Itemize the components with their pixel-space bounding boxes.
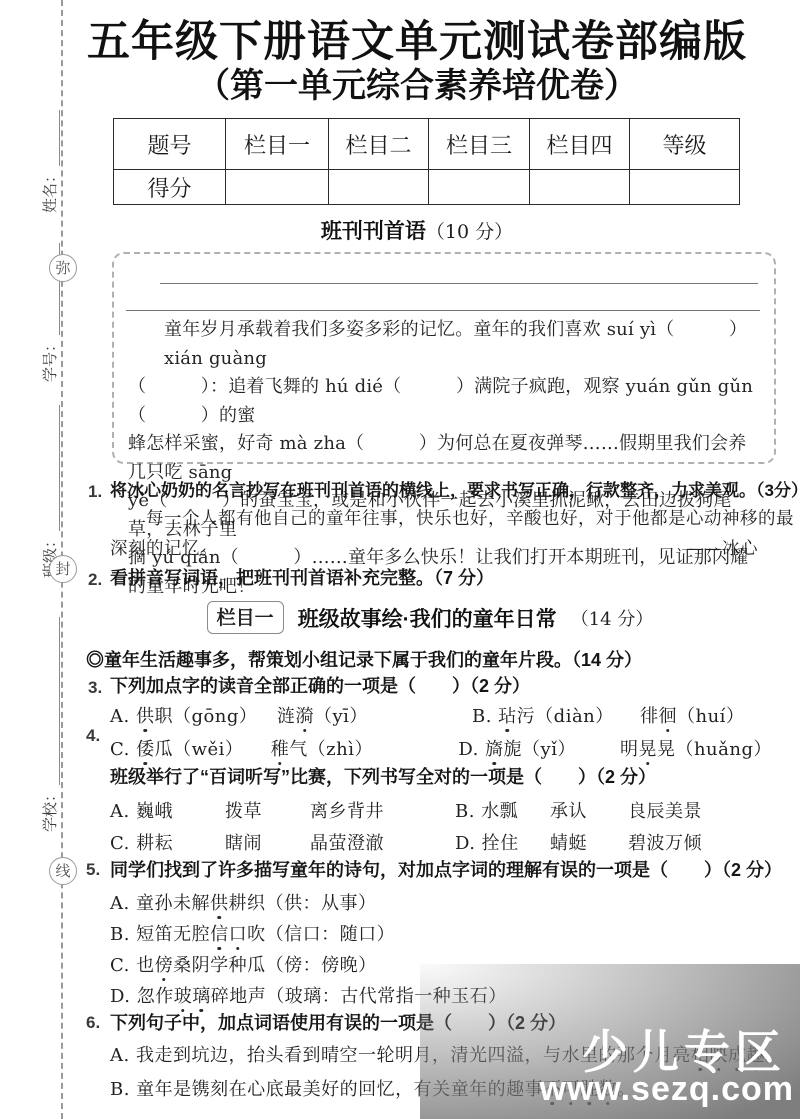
score-table-header-col4: 栏目四 [530, 119, 630, 170]
option-a-word1: A. 巍峨 [110, 797, 225, 823]
question-5-option-b: B. 短笛无腔信口吹（信口：随口） [110, 920, 772, 946]
school-field-label: 学校： [39, 787, 60, 832]
score-cell-empty [329, 170, 429, 205]
seal-char-mi: 弥 [49, 254, 77, 282]
question-2-number: 2. [88, 570, 102, 590]
option-b-word2: 承认 [550, 797, 628, 823]
option-b-word1: B. 水瓢 [455, 797, 550, 823]
score-table: 题号 栏目一 栏目二 栏目三 栏目四 等级 得分 [113, 118, 740, 205]
score-table-header-col3: 栏目三 [429, 119, 530, 170]
score-row-label: 得分 [114, 170, 226, 205]
question-3-number: 3. [88, 678, 102, 698]
question-3-stem: 下列加点字的读音全部正确的一项是（ ）（2 分） [110, 672, 772, 698]
seal-char-xian: 线 [49, 857, 77, 885]
school-field-blank [42, 617, 60, 785]
seal-char-feng: 封 [49, 555, 77, 583]
score-table-header-tihao: 题号 [114, 119, 226, 170]
option-a-word1: A. 供职（gōng） [110, 702, 277, 728]
question-4-options-row1: A. 巍峨 拨草 离乡背井 B. 水瓢 承认 良辰美景 [110, 797, 772, 823]
question-5-option-a: A. 童孙未解供耕织（供：从事） [110, 889, 772, 915]
question-5-stem: 同学们找到了许多描写童年的诗句，对加点字词的理解有误的一项是（ ）（2 分） [110, 856, 772, 882]
option-c-word3: 晶萤澄澈 [310, 829, 455, 855]
option-a-word2: 涟漪（yī） [277, 702, 472, 728]
question-3-options-row1: A. 供职（gōng） 涟漪（yī） B. 玷污（diàn） 徘徊（huí） [110, 702, 772, 728]
section-1-bar: 栏目一 班级故事绘·我们的童年日常 （14 分） [88, 601, 772, 634]
option-b-word3: 良辰美景 [628, 797, 702, 823]
section-1-tag: 栏目一 [207, 601, 284, 634]
watermark-url: www.sezq.com [540, 1070, 794, 1109]
preface-line: （ ）：追着飞舞的 hú dié（ ）满院子疯跑，观察 yuán gǔn gǔn… [128, 373, 760, 430]
question-1-number: 1. [88, 482, 102, 502]
test-paper-page: 姓名： 学号： 班级： 学校： 弥 封 线 五年级下册语文单元测试卷部编版 （第… [0, 0, 800, 1119]
page-subtitle: （第一单元综合素养培优卷） [62, 58, 772, 107]
quote-attribution: ——冰心 [686, 535, 758, 560]
score-cell-empty [630, 170, 740, 205]
question-4-options-row2: C. 耕耘 瞎闹 晶萤澄澈 D. 拴住 蜻蜓 碧波万倾 [110, 829, 772, 855]
option-c-word2: 稚气（zhì） [271, 735, 459, 761]
question-4-stem: 班级举行了“百词听写”比赛，下列书写全对的一项是（ ）（2 分） [110, 763, 772, 789]
option-b-word1: B. 玷污（diàn） [472, 702, 640, 728]
question-1-stem: 将冰心奶奶的名言抄写在班刊刊首语的横线上，要求书写正确，行款整齐，力求美观。（3… [110, 476, 772, 501]
question-5-number: 5. [86, 860, 100, 880]
question-2-stem: 看拼音写词语，把班刊刊首语补充完整。（7 分） [110, 564, 772, 590]
preface-heading-score: （10 分） [426, 221, 513, 243]
section-1-score: （14 分） [571, 605, 654, 631]
score-table-header-col1: 栏目一 [226, 119, 329, 170]
student-no-field-label: 学号： [39, 337, 60, 382]
option-a-word3: 离乡背井 [310, 797, 455, 823]
score-cell-empty [429, 170, 530, 205]
quote-line2-text: 深刻的记忆。 [110, 539, 218, 559]
writing-line-2 [126, 310, 760, 311]
score-table-header-grade: 等级 [630, 119, 740, 170]
score-cell-empty [226, 170, 329, 205]
preface-box: 童年岁月承载着我们多姿多彩的记忆。童年的我们喜欢 suí yì（ ）xián g… [112, 252, 776, 464]
watermark-overlay: 少儿专区 www.sezq.com [420, 964, 800, 1119]
preface-line: 童年岁月承载着我们多姿多彩的记忆。童年的我们喜欢 suí yì（ ）xián g… [128, 316, 760, 373]
school-field: 学校： [36, 600, 60, 832]
score-table-score-row: 得分 [114, 170, 740, 205]
question-3-options-row2: C. 倭瓜（wěi） 稚气（zhì） D. 旖旎（yǐ） 明晃晃（huǎng） [110, 735, 772, 761]
student-no-field: 学号： [36, 227, 60, 382]
preface-heading-text: 班刊刊首语 [321, 220, 426, 243]
option-c-word1: C. 耕耘 [110, 829, 225, 855]
name-field-label: 姓名： [39, 168, 60, 213]
question-4-number: 4. [86, 726, 100, 746]
option-d-word1: D. 旖旎（yǐ） [458, 735, 620, 761]
question-6-number: 6. [86, 1013, 100, 1033]
question-1-quote-line2: 深刻的记忆。 ——冰心 [110, 535, 772, 560]
option-d-word2: 明晃晃（huǎng） [620, 735, 772, 761]
class-field: 班级： [36, 388, 60, 578]
writing-line-1 [160, 283, 758, 284]
option-d-word1: D. 拴住 [455, 829, 550, 855]
score-cell-empty [530, 170, 630, 205]
score-table-header-col2: 栏目二 [329, 119, 429, 170]
question-1-quote-line1: 每一个人都有他自己的童年往事，快乐也好，辛酸也好，对于他都是心动神移的最 [110, 505, 800, 530]
option-b-word2: 徘徊（huí） [640, 702, 744, 728]
preface-heading: 班刊刊首语（10 分） [62, 215, 772, 245]
option-d-word2: 蜻蜓 [550, 829, 628, 855]
option-c-word2: 瞎闹 [225, 829, 310, 855]
section-1-note: ◎童年生活趣事多，帮策划小组记录下属于我们的童年片段。（14 分） [86, 646, 642, 672]
class-field-blank [42, 405, 60, 531]
option-a-word2: 拨草 [225, 797, 310, 823]
section-1-title: 班级故事绘·我们的童年日常 [298, 603, 557, 633]
score-table-header-row: 题号 栏目一 栏目二 栏目三 栏目四 等级 [114, 119, 740, 170]
option-c-word1: C. 倭瓜（wěi） [110, 735, 271, 761]
name-field: 姓名： [36, 93, 60, 213]
name-field-blank [42, 110, 60, 166]
option-d-word3: 碧波万倾 [628, 829, 702, 855]
